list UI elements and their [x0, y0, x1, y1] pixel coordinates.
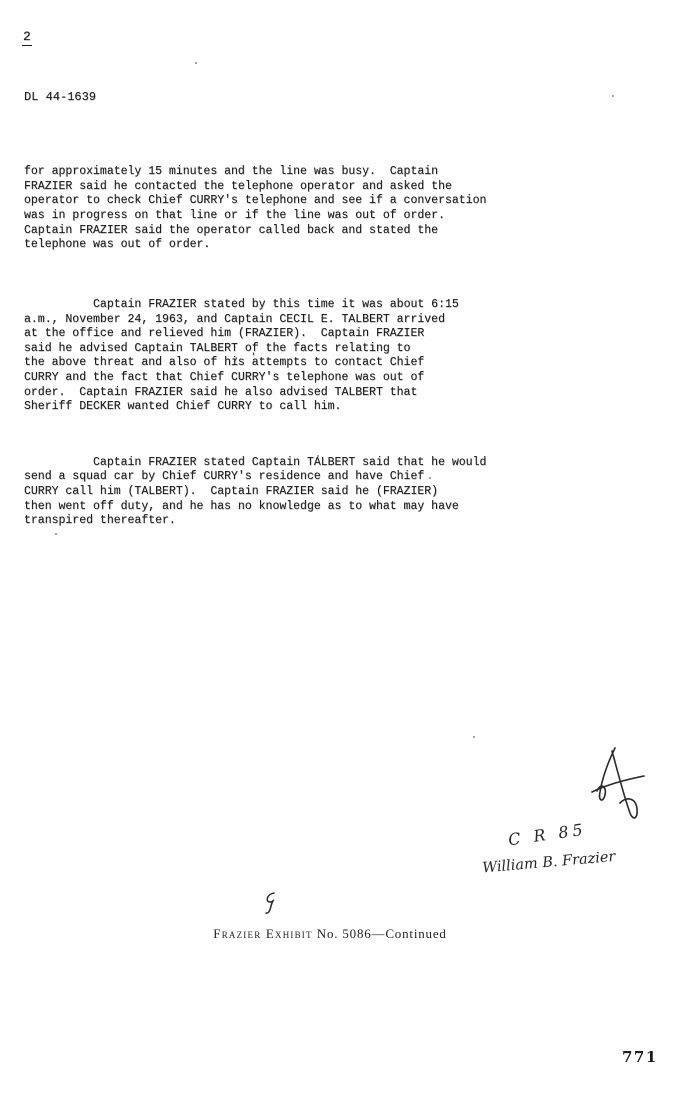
- exhibit-caption-number: No. 5086—Continued: [313, 926, 447, 941]
- letter-body: for approximately 15 minutes and the lin…: [24, 136, 564, 558]
- exhibit-caption-title: Frazier Exhibit: [213, 926, 312, 941]
- scan-artifact: [473, 736, 475, 738]
- file-number: DL 44-1639: [24, 90, 96, 104]
- handwritten-initial-A-icon: [592, 748, 644, 818]
- scan-artifact: [195, 62, 197, 64]
- signature-block: C R 85 William B. Frazier: [470, 735, 691, 875]
- paragraph-talbert-arrived: Captain FRAZIER stated by this time it w…: [24, 298, 564, 415]
- scan-artifact: [612, 95, 614, 97]
- stray-typewriter-marks: , ': [234, 352, 259, 362]
- scan-artifact: [317, 455, 319, 457]
- paragraph-squad-car: Captain FRAZIER stated Captain TALBERT s…: [24, 456, 564, 529]
- scan-artifact: [429, 477, 431, 479]
- handwritten-cr-number: C R 85: [507, 820, 588, 850]
- handwritten-scribble-icon: [258, 889, 292, 921]
- scan-artifact: [55, 533, 57, 535]
- handwritten-signature: William B. Frazier: [482, 849, 617, 875]
- paragraph-telephone-busy: for approximately 15 minutes and the lin…: [24, 165, 564, 253]
- exhibit-caption: Frazier Exhibit No. 5086—Continued: [185, 926, 475, 942]
- document-page: 2 DL 44-1639 for approximately 15 minute…: [0, 0, 691, 1094]
- top-page-number: 2: [22, 29, 32, 46]
- bottom-page-number: 771: [622, 1048, 658, 1066]
